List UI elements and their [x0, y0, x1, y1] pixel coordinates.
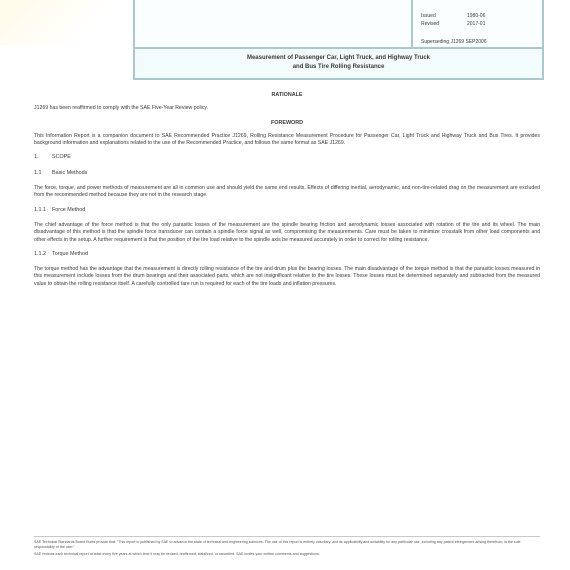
- foreword-text: This Information Report is a companion d…: [34, 133, 540, 148]
- header-logo-area: [135, 0, 411, 47]
- section-heading: 1.SCOPE: [34, 154, 540, 161]
- section-heading: 1.1.1Force Method: [34, 207, 540, 214]
- revised-label: Revised: [421, 20, 467, 28]
- superseding-row: Superseding J1269 SEP2006: [421, 38, 542, 46]
- document-title: Measurement of Passenger Car, Light Truc…: [135, 47, 542, 78]
- rationale-text: J1269 has been reaffirmed to comply with…: [34, 105, 540, 112]
- revised-row: Revised 2017-01: [421, 20, 542, 28]
- issued-label: Issued: [421, 12, 467, 20]
- title-line-2: and Bus Tire Rolling Resistance: [135, 63, 542, 72]
- document-body: RATIONALE J1269 has been reaffirmed to c…: [34, 92, 540, 295]
- document-header: Issued 1980-06 Revised 2017-01 Supersedi…: [133, 0, 544, 80]
- revised-value: 2017-01: [467, 20, 485, 28]
- section-text: The chief advantage of the force method …: [34, 222, 540, 244]
- corner-tint: [0, 0, 130, 45]
- section-heading: 1.1Basic Methods: [34, 170, 540, 177]
- section-heading: 1.1.2Torque Method: [34, 251, 540, 258]
- footer-line: SAE reviews each technical report at lea…: [34, 552, 540, 557]
- title-line-1: Measurement of Passenger Car, Light Truc…: [135, 54, 542, 63]
- issued-row: Issued 1980-06: [421, 12, 542, 20]
- foreword-heading: FOREWORD: [34, 120, 540, 127]
- rationale-heading: RATIONALE: [34, 92, 540, 99]
- section-text: The torque method has the advantage that…: [34, 266, 540, 288]
- document-footer: SAE Technical Standards Board Rules prov…: [34, 536, 540, 559]
- header-info-column: Issued 1980-06 Revised 2017-01 Supersedi…: [411, 0, 542, 47]
- superseding-text: Superseding J1269 SEP2006: [421, 38, 487, 46]
- issued-value: 1980-06: [467, 12, 485, 20]
- section-text: The force, torque, and power methods of …: [34, 185, 540, 200]
- footer-line: SAE Technical Standards Board Rules prov…: [34, 540, 540, 550]
